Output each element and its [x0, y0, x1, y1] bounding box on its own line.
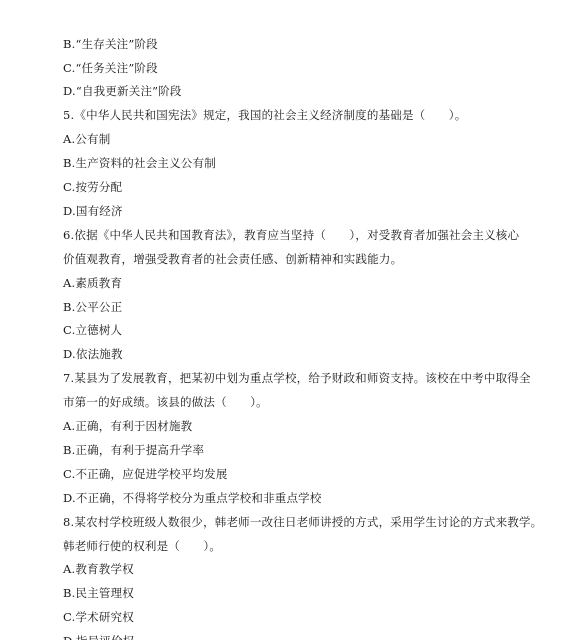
- q4-option-c: C.“任务关注”阶段: [63, 61, 158, 75]
- q5-stem: 5.《中华人民共和国宪法》规定，我国的社会主义经济制度的基础是（ ）。: [63, 108, 466, 122]
- q6-option-c: C.立德树人: [63, 323, 122, 337]
- q8-stem-line2: 韩老师行使的权利是（ ）。: [63, 539, 221, 553]
- q5-option-c: C.按劳分配: [63, 180, 122, 194]
- q4-option-d: D.“自我更新关注”阶段: [63, 84, 182, 98]
- q8-stem-line1: 8.某农村学校班级人数很少，韩老师一改往日老师讲授的方式，采用学生讨论的方式来教…: [63, 515, 542, 529]
- q7-stem-line1: 7.某县为了发展教育，把某初中划为重点学校，给予财政和师资支持。该校在中考中取得…: [63, 371, 531, 385]
- q7-option-d: D.不正确，不得将学校分为重点学校和非重点学校: [63, 491, 322, 505]
- q7-option-b: B.正确，有利于提高升学率: [63, 443, 204, 457]
- q7-option-a: A.正确，有利于因材施教: [63, 419, 192, 433]
- q5-option-b: B.生产资料的社会主义公有制: [63, 156, 216, 170]
- q4-option-b: B.“生存关注”阶段: [63, 37, 158, 51]
- q8-option-a: A.教育教学权: [63, 562, 134, 576]
- q7-option-c: C.不正确，应促进学校平均发展: [63, 467, 228, 481]
- document-page: B.“生存关注”阶段 C.“任务关注”阶段 D.“自我更新关注”阶段 5.《中华…: [0, 0, 576, 640]
- q6-option-b: B.公平公正: [63, 300, 122, 314]
- q6-stem-line2: 价值观教育，增强受教育者的社会责任感、创新精神和实践能力。: [63, 252, 402, 266]
- q6-option-a: A.素质教育: [63, 276, 122, 290]
- q6-option-d: D.依法施教: [63, 347, 123, 361]
- q5-option-a: A.公有制: [63, 132, 110, 146]
- q8-option-d: D.指导评价权: [63, 634, 134, 640]
- q7-stem-line2: 市第一的好成绩。该县的做法（ ）。: [63, 395, 268, 409]
- q8-option-b: B.民主管理权: [63, 586, 134, 600]
- q8-option-c: C.学术研究权: [63, 610, 134, 624]
- q5-option-d: D.国有经济: [63, 204, 123, 218]
- q6-stem-line1: 6.依据《中华人民共和国教育法》，教育应当坚持（ ），对受教育者加强社会主义核心: [63, 228, 519, 242]
